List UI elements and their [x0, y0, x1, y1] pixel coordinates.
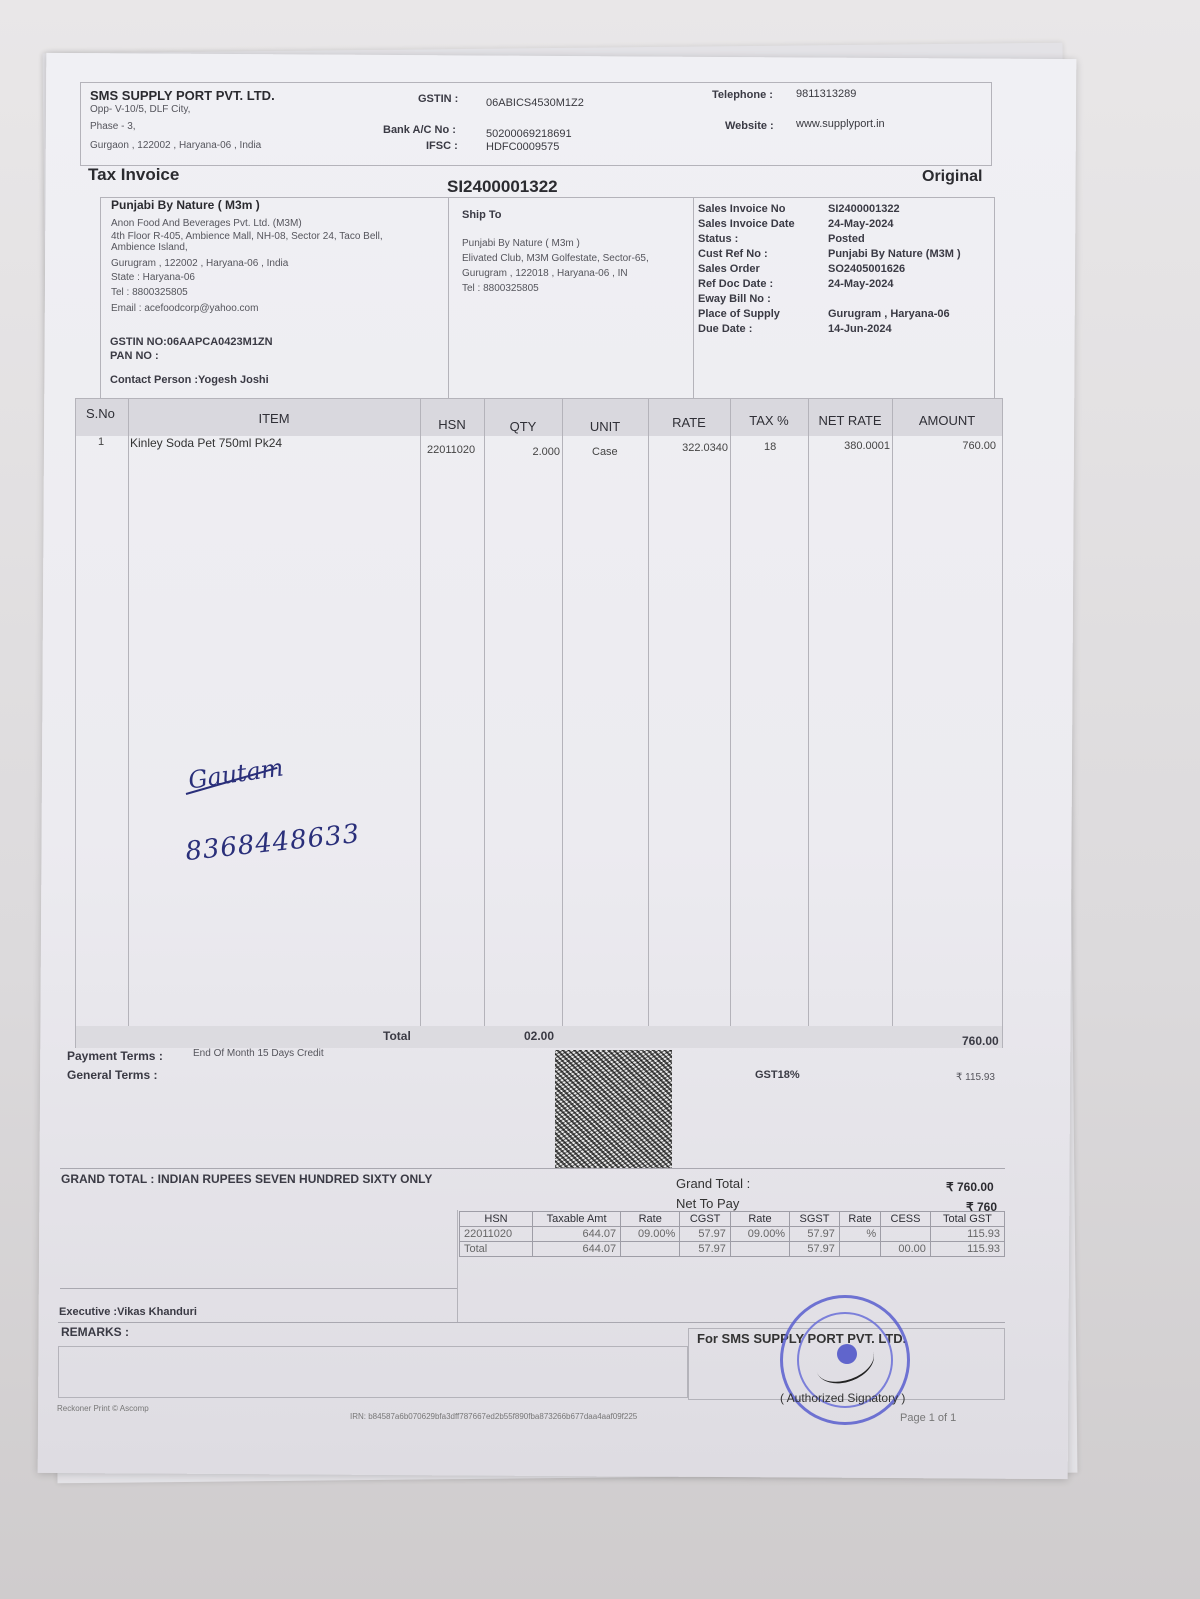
bill-to-tel: Tel : 8800325805 — [111, 287, 188, 298]
company-address-line2: Phase - 3, — [90, 121, 136, 132]
meta-label: Status : — [698, 233, 738, 245]
bill-to-email: Email : acefoodcorp@yahoo.com — [111, 303, 258, 314]
gst-cell: % — [839, 1227, 880, 1242]
meta-label: Sales Invoice Date — [698, 218, 795, 230]
copy-type: Original — [922, 168, 982, 186]
column-divider — [562, 399, 563, 1048]
row-qty: 2.000 — [484, 446, 560, 458]
gst-cell: 115.93 — [930, 1242, 1004, 1257]
row-sno: 1 — [98, 436, 104, 448]
bill-to-line3: Ambience Island, — [111, 242, 188, 253]
page-number: Page 1 of 1 — [900, 1412, 956, 1424]
meta-label: Cust Ref No : — [698, 248, 768, 260]
meta-value: SO2405001626 — [828, 263, 905, 275]
column-header: UNIT — [562, 419, 648, 434]
general-terms-label: General Terms : — [67, 1068, 157, 1082]
divider — [60, 1288, 458, 1289]
ship-to-line2: Gurugram , 122018 , Haryana-06 , IN — [462, 268, 628, 279]
gst-column-header: Rate — [730, 1212, 789, 1227]
row-amount: 760.00 — [892, 440, 996, 452]
bill-to-line2: 4th Floor R-405, Ambience Mall, NH-08, S… — [111, 231, 383, 242]
company-address-line3: Gurgaon , 122002 , Haryana-06 , India — [90, 140, 261, 151]
column-header: ITEM — [128, 411, 420, 426]
meta-value: Posted — [828, 233, 865, 245]
column-header: NET RATE — [808, 413, 892, 428]
gst-cell: 57.97 — [790, 1227, 840, 1242]
ship-to-line1: Elivated Club, M3M Golfestate, Sector-65… — [462, 253, 649, 264]
divider — [60, 1168, 1005, 1169]
gst-total-row: Total644.0757.9757.9700.00115.93 — [460, 1242, 1005, 1257]
column-header: QTY — [484, 419, 562, 434]
column-divider — [808, 399, 809, 1048]
gst-cell: 22011020 — [460, 1227, 533, 1242]
column-header: HSN — [420, 417, 484, 432]
ifsc-label: IFSC : — [426, 140, 458, 152]
column-header: RATE — [648, 415, 730, 430]
gst-rate-label: GST18% — [755, 1069, 800, 1081]
row-net-rate: 380.0001 — [808, 440, 890, 452]
meta-label: Eway Bill No : — [698, 293, 771, 305]
row-rate: 322.0340 — [648, 442, 728, 454]
qr-code — [555, 1050, 672, 1168]
divider — [448, 198, 449, 406]
gst-column-header: SGST — [790, 1212, 840, 1227]
gst-cell: 644.07 — [533, 1242, 621, 1257]
items-total-qty: 02.00 — [524, 1029, 554, 1043]
grand-total-in-words: GRAND TOTAL : INDIAN RUPEES SEVEN HUNDRE… — [61, 1172, 432, 1186]
website-value[interactable]: www.supplyport.in — [796, 118, 885, 130]
meta-label: Sales Invoice No — [698, 203, 785, 215]
gst-cell: 09.00% — [621, 1227, 680, 1242]
meta-label: Due Date : — [698, 323, 752, 335]
ifsc-value: HDFC0009575 — [486, 141, 559, 153]
items-total-label: Total — [383, 1029, 411, 1043]
ship-to-heading: Ship To — [462, 209, 502, 221]
payment-terms-label: Payment Terms : — [67, 1049, 163, 1063]
telephone-label: Telephone : — [712, 89, 773, 101]
column-divider — [128, 399, 129, 1048]
irn-number: IRN: b84587a6b070629bfa3dff787667ed2b55f… — [350, 1412, 637, 1421]
items-total-amount: 760.00 — [962, 1034, 999, 1048]
ship-to-tel: Tel : 8800325805 — [462, 283, 539, 294]
gstin-label: GSTIN : — [418, 93, 458, 105]
website-label: Website : — [725, 120, 774, 132]
gst-cell: 57.97 — [680, 1242, 731, 1257]
meta-label: Place of Supply — [698, 308, 780, 320]
remarks-label: REMARKS : — [61, 1325, 129, 1339]
gst-cell: Total — [460, 1242, 533, 1257]
grand-total-label: Grand Total : — [676, 1176, 750, 1191]
meta-value: Punjabi By Nature (M3M ) — [828, 248, 961, 260]
gst-column-header: Total GST — [930, 1212, 1004, 1227]
remarks-box — [58, 1346, 688, 1398]
row-unit: Case — [592, 446, 618, 458]
gst-cell — [730, 1242, 789, 1257]
gst-column-header: Rate — [621, 1212, 680, 1227]
bill-to-gstin: GSTIN NO:06AAPCA0423M1ZN — [110, 336, 273, 348]
column-divider — [484, 399, 485, 1048]
meta-value: SI2400001322 — [828, 203, 900, 215]
company-address-line1: Opp- V-10/5, DLF City, — [90, 104, 190, 115]
grand-total-value: ₹ 760.00 — [946, 1180, 994, 1194]
divider — [693, 198, 694, 406]
bill-to-name: Punjabi By Nature ( M3m ) — [111, 198, 260, 212]
meta-value: 24-May-2024 — [828, 218, 893, 230]
gst-column-header: CGST — [680, 1212, 731, 1227]
gst-breakdown-table: HSNTaxable AmtRateCGSTRateSGSTRateCESSTo… — [459, 1211, 1005, 1257]
bill-to-state: State : Haryana-06 — [111, 272, 195, 283]
gst-table-header: HSNTaxable AmtRateCGSTRateSGSTRateCESSTo… — [460, 1212, 1005, 1227]
payment-terms-value: End Of Month 15 Days Credit — [193, 1048, 324, 1059]
company-name: SMS SUPPLY PORT PVT. LTD. — [90, 88, 275, 103]
column-divider — [420, 399, 421, 1048]
gstin-value: 06ABICS4530M1Z2 — [486, 97, 584, 109]
gst-cell: 115.93 — [930, 1227, 1004, 1242]
column-header: S.No — [76, 406, 128, 421]
gst-cell: 00.00 — [881, 1242, 931, 1257]
bill-to-contact: Contact Person :Yogesh Joshi — [110, 374, 269, 386]
bill-to-line1: Anon Food And Beverages Pvt. Ltd. (M3M) — [111, 218, 302, 229]
gst-column-header: Taxable Amt — [533, 1212, 621, 1227]
row-item: Kinley Soda Pet 750ml Pk24 — [130, 436, 282, 450]
column-header: AMOUNT — [892, 413, 1002, 428]
doc-title: Tax Invoice — [88, 165, 179, 185]
column-header: TAX % — [730, 413, 808, 428]
divider — [457, 1210, 458, 1322]
gst-column-header: Rate — [839, 1212, 880, 1227]
gst-amount: ₹ 115.93 — [956, 1072, 995, 1083]
column-divider — [892, 399, 893, 1048]
gst-cell: 57.97 — [790, 1242, 840, 1257]
gst-column-header: HSN — [460, 1212, 533, 1227]
bill-to-pan: PAN NO : — [110, 350, 159, 362]
meta-label: Ref Doc Date : — [698, 278, 773, 290]
gst-cell — [881, 1227, 931, 1242]
executive-name: Executive :Vikas Khanduri — [59, 1306, 197, 1318]
authorized-signatory: ( Authorized Signatory ) — [780, 1391, 905, 1405]
bank-ac-label: Bank A/C No : — [383, 124, 456, 136]
column-divider — [648, 399, 649, 1048]
row-hsn: 22011020 — [427, 444, 475, 456]
telephone-value: 9811313289 — [796, 88, 856, 100]
gst-cell — [839, 1242, 880, 1257]
meta-value: 24-May-2024 — [828, 278, 893, 290]
gst-cell — [621, 1242, 680, 1257]
meta-value: 14-Jun-2024 — [828, 323, 892, 335]
column-divider — [730, 399, 731, 1048]
bill-to-line4: Gurugram , 122002 , Haryana-06 , India — [111, 258, 288, 269]
software-credit: Reckoner Print © Ascomp — [57, 1404, 149, 1413]
gst-cell: 644.07 — [533, 1227, 621, 1242]
gst-table-row: 22011020644.0709.00%57.9709.00%57.97%115… — [460, 1227, 1005, 1242]
gst-table-body: 22011020644.0709.00%57.9709.00%57.97%115… — [460, 1227, 1005, 1257]
gst-column-header: CESS — [881, 1212, 931, 1227]
gst-cell: 09.00% — [730, 1227, 789, 1242]
items-table — [75, 398, 1003, 1048]
bank-ac-value: 50200069218691 — [486, 128, 572, 140]
net-pay-label: Net To Pay — [676, 1196, 739, 1211]
ship-to-name: Punjabi By Nature ( M3m ) — [462, 238, 580, 249]
meta-label: Sales Order — [698, 263, 760, 275]
invoice-number-heading: SI2400001322 — [447, 177, 558, 197]
row-tax: 18 — [764, 441, 776, 453]
gst-cell: 57.97 — [680, 1227, 731, 1242]
meta-value: Gurugram , Haryana-06 — [828, 308, 950, 320]
